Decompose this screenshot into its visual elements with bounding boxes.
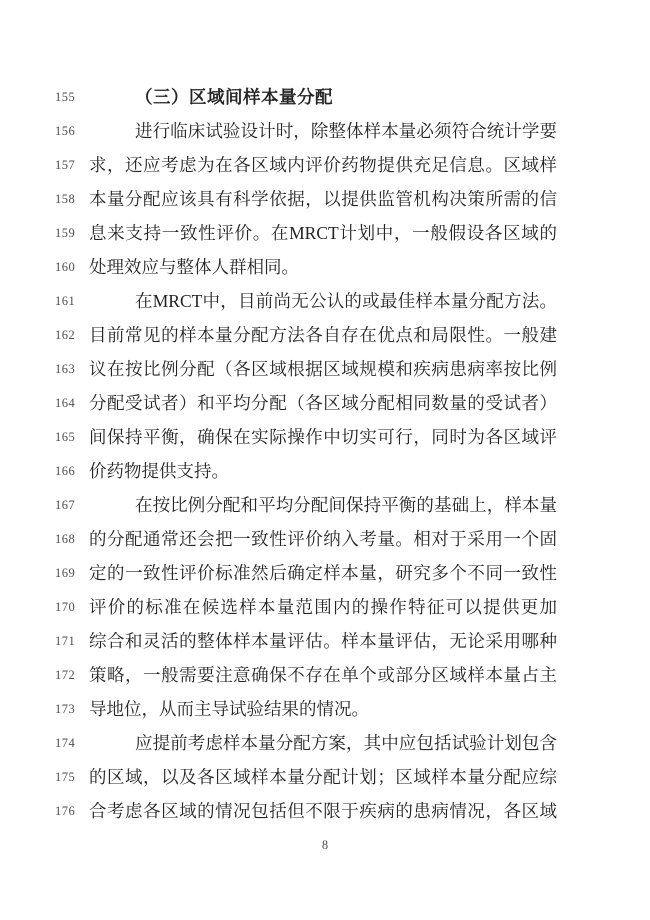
line-text: 息来支持一致性评价。在MRCT计划中，一般假设各区域的 bbox=[89, 216, 557, 250]
text-body: 155（三）区域间样本量分配156进行临床试验设计时，除整体样本量必须符合统计学… bbox=[0, 80, 650, 828]
line-text: 在MRCT中，目前尚无公认的或最佳样本量分配方法。 bbox=[89, 284, 557, 318]
document-line: 172策略，一般需要注意确保不存在单个或部分区域样本量占主 bbox=[0, 658, 650, 692]
line-text: 目前常见的样本量分配方法各自存在优点和局限性。一般建 bbox=[89, 318, 557, 352]
document-line: 174应提前考虑样本量分配方案，其中应包括试验计划包含 bbox=[0, 726, 650, 760]
page-number: 8 bbox=[0, 838, 650, 853]
document-line: 169定的一致性评价标准然后确定样本量，研究多个不同一致性 bbox=[0, 556, 650, 590]
line-number: 170 bbox=[55, 590, 75, 624]
line-number: 175 bbox=[55, 760, 75, 794]
line-number: 157 bbox=[55, 148, 75, 182]
line-text: 处理效应与整体人群相同。 bbox=[89, 250, 557, 284]
document-line: 158本量分配应该具有科学依据，以提供监管机构决策所需的信 bbox=[0, 182, 650, 216]
document-line: 155（三）区域间样本量分配 bbox=[0, 80, 650, 114]
document-line: 176合考虑各区域的情况包括但不限于疾病的患病情况，各区域 bbox=[0, 794, 650, 828]
line-number: 168 bbox=[55, 522, 75, 556]
line-text: 合考虑各区域的情况包括但不限于疾病的患病情况，各区域 bbox=[89, 794, 557, 828]
line-text: 的分配通常还会把一致性评价纳入考量。相对于采用一个固 bbox=[89, 522, 557, 556]
line-number: 171 bbox=[55, 624, 75, 658]
line-text: 综合和灵活的整体样本量评估。样本量评估，无论采用哪种 bbox=[89, 624, 557, 658]
line-number: 158 bbox=[55, 182, 75, 216]
line-number: 160 bbox=[55, 250, 75, 284]
document-line: 163议在按比例分配（各区域根据区域规模和疾病患病率按比例 bbox=[0, 352, 650, 386]
document-line: 157求，还应考虑为在各区域内评价药物提供充足信息。区域样 bbox=[0, 148, 650, 182]
line-text: 应提前考虑样本量分配方案，其中应包括试验计划包含 bbox=[89, 726, 557, 760]
line-text: 评价的标准在候选样本量范围内的操作特征可以提供更加 bbox=[89, 590, 557, 624]
line-text: 间保持平衡，确保在实际操作中切实可行，同时为各区域评 bbox=[89, 420, 557, 454]
line-number: 169 bbox=[55, 556, 75, 590]
line-text: 本量分配应该具有科学依据，以提供监管机构决策所需的信 bbox=[89, 182, 557, 216]
line-number: 159 bbox=[55, 216, 75, 250]
document-line: 168的分配通常还会把一致性评价纳入考量。相对于采用一个固 bbox=[0, 522, 650, 556]
line-number: 162 bbox=[55, 318, 75, 352]
line-text: （三）区域间样本量分配 bbox=[89, 80, 557, 114]
line-text: 的区域，以及各区域样本量分配计划；区域样本量分配应综 bbox=[89, 760, 557, 794]
line-number: 165 bbox=[55, 420, 75, 454]
document-line: 162目前常见的样本量分配方法各自存在优点和局限性。一般建 bbox=[0, 318, 650, 352]
document-line: 173导地位，从而主导试验结果的情况。 bbox=[0, 692, 650, 726]
line-number: 173 bbox=[55, 692, 75, 726]
document-line: 156进行临床试验设计时，除整体样本量必须符合统计学要 bbox=[0, 114, 650, 148]
document-line: 166价药物提供支持。 bbox=[0, 454, 650, 488]
line-number: 174 bbox=[55, 726, 75, 760]
document-line: 175的区域，以及各区域样本量分配计划；区域样本量分配应综 bbox=[0, 760, 650, 794]
line-number: 167 bbox=[55, 488, 75, 522]
document-line: 167在按比例分配和平均分配间保持平衡的基础上，样本量 bbox=[0, 488, 650, 522]
document-line: 171综合和灵活的整体样本量评估。样本量评估，无论采用哪种 bbox=[0, 624, 650, 658]
line-number: 176 bbox=[55, 794, 75, 828]
line-text: 策略，一般需要注意确保不存在单个或部分区域样本量占主 bbox=[89, 658, 557, 692]
line-text: 求，还应考虑为在各区域内评价药物提供充足信息。区域样 bbox=[89, 148, 557, 182]
line-number: 166 bbox=[55, 454, 75, 488]
line-number: 155 bbox=[55, 80, 75, 114]
line-text: 定的一致性评价标准然后确定样本量，研究多个不同一致性 bbox=[89, 556, 557, 590]
document-line: 160处理效应与整体人群相同。 bbox=[0, 250, 650, 284]
line-number: 161 bbox=[55, 284, 75, 318]
document-line: 164分配受试者）和平均分配（各区域分配相同数量的受试者） bbox=[0, 386, 650, 420]
document-line: 165间保持平衡，确保在实际操作中切实可行，同时为各区域评 bbox=[0, 420, 650, 454]
line-number: 172 bbox=[55, 658, 75, 692]
document-line: 161在MRCT中，目前尚无公认的或最佳样本量分配方法。 bbox=[0, 284, 650, 318]
document-line: 170评价的标准在候选样本量范围内的操作特征可以提供更加 bbox=[0, 590, 650, 624]
line-text: 进行临床试验设计时，除整体样本量必须符合统计学要 bbox=[89, 114, 557, 148]
line-number: 156 bbox=[55, 114, 75, 148]
document-page: 155（三）区域间样本量分配156进行临床试验设计时，除整体样本量必须符合统计学… bbox=[0, 0, 650, 920]
line-text: 价药物提供支持。 bbox=[89, 454, 557, 488]
document-line: 159息来支持一致性评价。在MRCT计划中，一般假设各区域的 bbox=[0, 216, 650, 250]
line-text: 在按比例分配和平均分配间保持平衡的基础上，样本量 bbox=[89, 488, 557, 522]
line-text: 议在按比例分配（各区域根据区域规模和疾病患病率按比例 bbox=[89, 352, 557, 386]
line-text: 分配受试者）和平均分配（各区域分配相同数量的受试者） bbox=[89, 386, 557, 420]
line-number: 164 bbox=[55, 386, 75, 420]
line-text: 导地位，从而主导试验结果的情况。 bbox=[89, 692, 557, 726]
line-number: 163 bbox=[55, 352, 75, 386]
